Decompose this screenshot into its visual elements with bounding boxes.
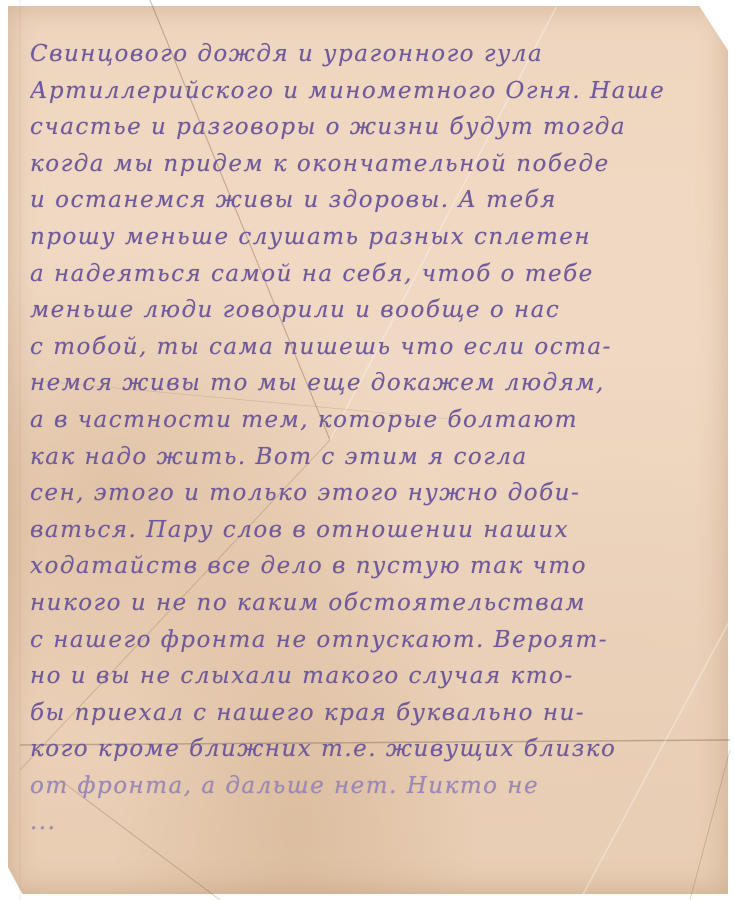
letter-line: когда мы придем к окончательной победе (30, 146, 720, 183)
letter-line: но и вы не слыхали такого случая кто- (30, 658, 720, 695)
letter-line: Свинцового дождя и урагонного гула (30, 36, 720, 73)
letter-line: никого и не по каким обстоятельствам (30, 585, 720, 622)
letter-line: с нашего фронта не отпускают. Вероят- (30, 622, 720, 659)
letter-line: а надеяться самой на себя, чтоб о тебе (30, 256, 720, 293)
letter-line: счастье и разговоры о жизни будут тогда (30, 109, 720, 146)
letter-line: бы приехал с нашего края буквально ни- (30, 695, 720, 732)
letter-line: а в частности тем, которые болтают (30, 402, 720, 439)
letter-line: кого кроме ближних т.е. живущих близко (30, 731, 720, 768)
letter-line: как надо жить. Вот с этим я согла (30, 439, 720, 476)
letter-line: сен, этого и только этого нужно доби- (30, 475, 720, 512)
letter-line: Артиллерийского и минометного Огня. Наше (30, 73, 720, 110)
letter-line: и останемся живы и здоровы. А тебя (30, 182, 720, 219)
letter-line: с тобой, ты сама пишешь что если оста- (30, 329, 720, 366)
letter-line: меньше люди говорили и вообще о нас (30, 292, 720, 329)
letter-line: ходатайств все дело в пустую так что (30, 548, 720, 585)
letter-line: от фронта, а дальше нет. Никто не (30, 768, 720, 805)
letter-line: немся живы то мы еще докажем людям, (30, 365, 720, 402)
handwritten-letter-body: Свинцового дождя и урагонного гула Артил… (30, 36, 720, 841)
letter-line: прошу меньше слушать разных сплетен (30, 219, 720, 256)
letter-line: ... (30, 804, 720, 841)
letter-line: ваться. Пару слов в отношении наших (30, 512, 720, 549)
